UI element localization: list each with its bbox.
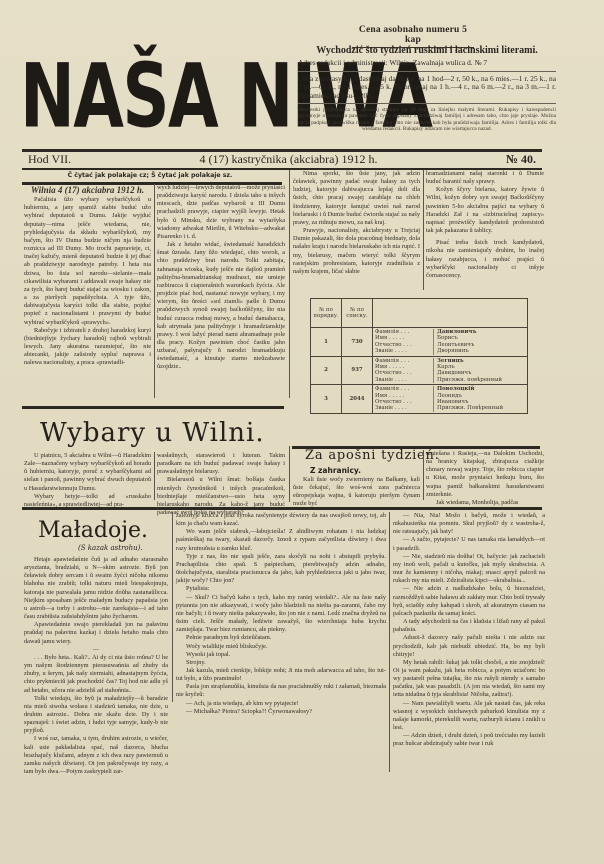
header-list-number: № по списку. xyxy=(342,299,373,328)
table-row: 3 2044 Фамилія . . .Поволоцкій Имя . . .… xyxy=(311,385,528,414)
paragraph: My hetak rabili: šukaj jak tolki chočeš,… xyxy=(393,659,545,700)
section-rule xyxy=(22,406,284,409)
advert-terms: Abwiestki pryjmajucca na apošniaj strani… xyxy=(298,107,556,132)
subscription-prices: Cena z pierasyłkaj i dastaŭkaj da chaty:… xyxy=(298,75,556,104)
paragraph: Adusii-ž dazorcy našy pačuli niešta i ni… xyxy=(393,634,545,658)
paragraph: U piatnicu, 5 akciabra u Wilni—ŭ Haradzk… xyxy=(24,452,151,493)
maladoje-column-2: žaleznyje kručča i praz šyroka rasčynien… xyxy=(176,512,386,716)
paragraph: Kožyn ščyry bielarus, katory žywie ŭ Wil… xyxy=(426,186,544,235)
paragraph: Wysoki jak topal. xyxy=(176,651,386,659)
order-cell: 1 xyxy=(311,328,342,357)
maladoje-column-1: Hetaje apawiedańnie čuŭ ja ad adnaho sta… xyxy=(24,556,168,776)
paragraph: Jak wiedama, Monholija, padčas xyxy=(426,499,544,507)
paragraph: — Nie, siadzieŭ nia doŭha! Ot, bačycie: … xyxy=(393,553,545,586)
rank: Присяжн. повѣренный xyxy=(433,377,502,383)
candidate-details: Фамилія . . .Поволоцкій Имя . . . . .Лео… xyxy=(373,385,528,414)
candidate-details: Фамилія . . .Даниловичъ Имя . . . . .Бор… xyxy=(373,328,528,357)
newspaper-page: Cena asobnaho numeru 5 kap NAŠA NIWA Wyc… xyxy=(0,0,604,864)
editorial-column-2: wych ludziej—lewych deputatoŭ—može pryni… xyxy=(157,184,285,372)
list-number-cell: 730 xyxy=(342,328,373,357)
paragraph: hramadzianami našaj staronki i ŭ Dumie b… xyxy=(426,170,544,186)
paragraph: . . . Było heta.. Kali?.. Ai dy ci nia ŭ… xyxy=(24,654,168,695)
volume-year: Hod VII. xyxy=(28,152,71,167)
paragraph: — Michałka? Piotra? Sciopka?! Čyrwonawał… xyxy=(176,708,386,716)
paragraph: Pisać treba ŭsich troch kandydatoŭ, niko… xyxy=(426,239,544,280)
zaposni-column-2: umiešana i Rasieja,—na Dalokim Uschodzi,… xyxy=(426,450,544,507)
rank: Присяжн. Повѣренный xyxy=(433,405,503,411)
column-divider xyxy=(423,450,424,500)
table-row: 1 730 Фамилія . . .Даниловичъ Имя . . . … xyxy=(311,328,528,357)
header-blank xyxy=(373,299,528,328)
zaposni-column-1: Kali ŭsie wočy zwiernieny na Bałkany, ka… xyxy=(293,476,420,509)
paragraph: umiešana i Rasieja,—na Dalokim Uschodzi,… xyxy=(426,450,544,499)
editorial-column-3: Nima sporki, što ŭsie jany, jak adzin če… xyxy=(293,170,420,276)
list-number-cell: 2044 xyxy=(342,385,373,414)
paragraph: Kali ŭsie wočy zwiernieny na Bałkany, ka… xyxy=(293,476,420,509)
column-divider xyxy=(154,184,155,398)
paragraph: žaleznyje kručča i praz šyroka rasčynien… xyxy=(176,512,386,528)
paragraph: I woś raz, tamaka, u tym, druhim astrozi… xyxy=(24,735,168,776)
paragraph: — A začto, pytajecie? U nas tamaka nia ł… xyxy=(393,536,545,552)
paragraph: Hetaje apawiedańnie čuŭ ja ad adnaho sta… xyxy=(24,556,168,621)
paragraph: Strojny. xyxy=(176,659,386,667)
paragraph: Wočy wialikije mieŭ bliskučyje. xyxy=(176,643,386,651)
issue-date: 4 (17) kastryčnika (akciabra) 1912 h. xyxy=(200,152,378,167)
editorial-address: Adres redakcii i administracii: Wilnia, … xyxy=(298,59,556,71)
paragraph: Wo wam ješče siabruk,—łabujcieśla! Z ahi… xyxy=(176,528,386,552)
issue-number: № 40. xyxy=(506,152,536,167)
editorial-dateline: Wilnia 4 (17) akciabra 1912 h. xyxy=(24,186,151,194)
paragraph: — Skul? Ci bačyŭ kaho s tych, kaho my ra… xyxy=(176,594,386,635)
editorial-column-1: Wilnia 4 (17) akciabra 1912 h. Pačalisia… xyxy=(24,186,151,367)
wybary-column-1: U piatnicu, 5 akciabra u Wilni—ŭ Haradzk… xyxy=(24,452,151,509)
table-row: 2 937 Фамилія . . .Зегницъ Имя . . . . .… xyxy=(311,356,528,385)
paragraph: wych ludziej—lewych deputatoŭ—može pryni… xyxy=(157,184,285,241)
zaposni-headline: Za apošni tydzień. xyxy=(305,448,440,463)
paragraph: Pasla jon straplanuŭšia, kinuŭsia da nas… xyxy=(176,683,386,699)
column-divider xyxy=(289,446,290,502)
wybary-headline: Wybary u Wilni. xyxy=(40,418,265,448)
paragraph: — Adzin dzień, i druhi dzień, i poŭ treć… xyxy=(393,732,545,748)
paragraph: Rabočyje i izbirateli z druhoj haradzkoj… xyxy=(24,327,151,368)
paragraph: — Ach, ja nia wiedaju, ab kim wy pytajec… xyxy=(176,700,386,708)
paragraph: A tady adychodziŭ na čas i kłaŭsia i liž… xyxy=(393,618,545,634)
paragraph: — Nam pawialižyli wartu. Ale jak nastaŭ … xyxy=(393,700,545,733)
section-divider: — xyxy=(24,646,168,654)
order-cell: 3 xyxy=(311,385,342,414)
paragraph: Tyje z nas, što nie spali ješče, zara sk… xyxy=(176,553,386,586)
tagline: Wychodzić što tydzień ruskimi i łacinski… xyxy=(298,47,556,55)
reading-note: Č čytać jak polakaje cz; Š čytać jak pol… xyxy=(30,172,270,179)
order-cell: 2 xyxy=(311,356,342,385)
list-number-cell: 937 xyxy=(342,356,373,385)
maladoje-column-3: — Nia, Nia! Možo i bačyŭ, može i wiedaŭ,… xyxy=(393,512,545,749)
paragraph: Prawyje, nacionalisty, akciabrysty u Tre… xyxy=(293,227,420,276)
candidate-details: Фамилія . . .Зегницъ Имя . . . . .Карлъ … xyxy=(373,356,528,385)
paragraph: wasłaŭnych, starawieroŭ i luteran. Takim… xyxy=(157,452,285,476)
table-header-row: № по порядку. № по списку. xyxy=(311,299,528,328)
paragraph: — Nie adzin z nadludzkaho bolu, ŭ biezna… xyxy=(393,585,545,618)
section-rule xyxy=(22,507,542,510)
paragraph: Pełnie paradnym byŭ dzieŭčatam. xyxy=(176,634,386,642)
column-divider xyxy=(154,452,155,500)
maladoje-subtitle: (S kazak astrohu). xyxy=(78,544,143,552)
paragraph: Pytalisia: xyxy=(176,585,386,593)
paragraph: Jak kazula, mieŭ cienkije, łohkije nohi;… xyxy=(176,667,386,683)
column-divider xyxy=(389,512,390,772)
candidates-table: № по порядку. № по списку. 1 730 Фамилія… xyxy=(310,298,528,414)
column-divider xyxy=(289,170,290,398)
paragraph: Jak z hetaho widać, świedamaść haradzkic… xyxy=(157,241,285,372)
column-divider xyxy=(172,512,173,702)
maladoje-headline: Maładoje. xyxy=(38,518,148,543)
editorial-column-4: hramadzianami našaj staronki i ŭ Dumie b… xyxy=(426,170,544,280)
paragraph: Tolki wiedaju, što byŭ ja maładziejšy—ŭ … xyxy=(24,695,168,736)
publication-info: Wychodzić što tydzień ruskimi i łacinski… xyxy=(298,47,556,132)
header-order: № по порядку. xyxy=(311,299,342,328)
zaposni-subheading: Z zahranicy. xyxy=(310,466,361,475)
dateline-bar: Hod VII. 4 (17) kastryčnika (akciabra) 1… xyxy=(28,152,536,167)
column-divider xyxy=(423,170,424,290)
paragraph: Pačalisia ŭžo wybary wybarščykoŭ u hubie… xyxy=(24,196,151,327)
paragraph: — Nia, Nia! Možo i bačyŭ, može i wiedaŭ,… xyxy=(393,512,545,536)
rank: Дворянинъ xyxy=(433,348,469,354)
paragraph: Apawiedańnie swajo pierekładaŭ jon na pa… xyxy=(24,621,168,645)
paragraph: Nima sporki, što ŭsie jany, jak adzin če… xyxy=(293,170,420,227)
